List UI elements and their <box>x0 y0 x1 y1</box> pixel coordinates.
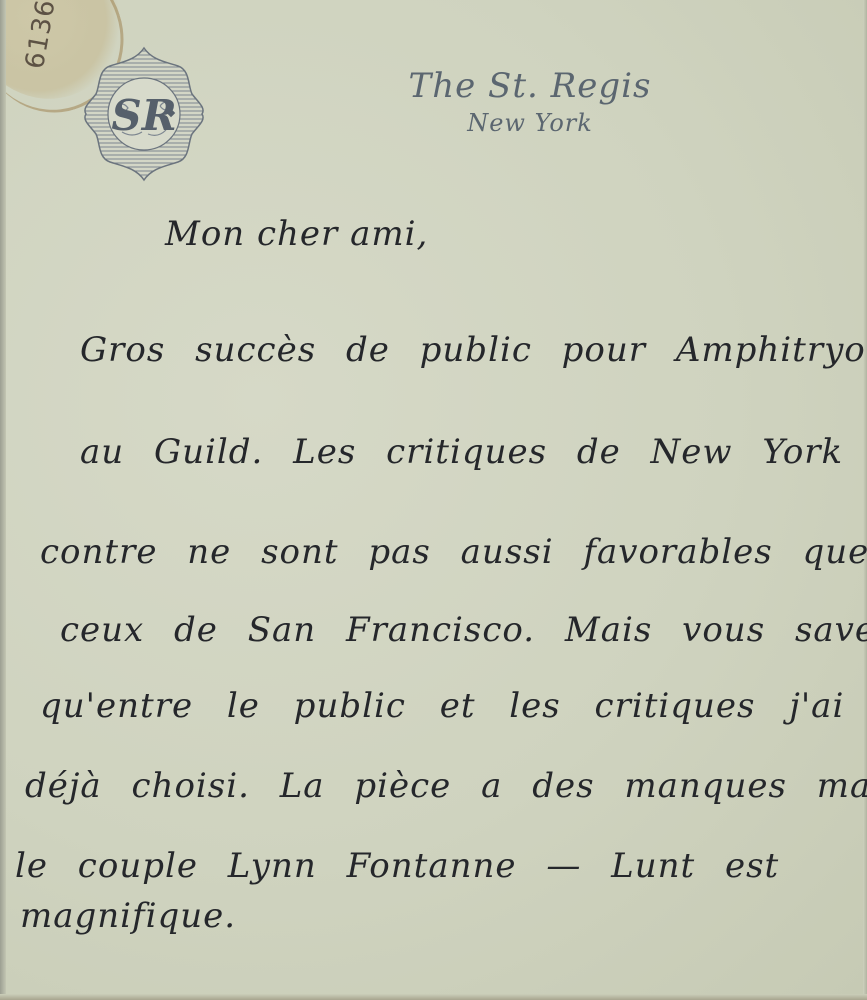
svg-text:SR: SR <box>111 91 176 140</box>
st-regis-crest-icon: SR <box>82 46 206 182</box>
page-right-edge <box>863 0 867 1000</box>
letterhead: The St. Regis New York <box>380 66 680 138</box>
page-bottom-edge <box>0 994 867 1000</box>
salutation: Mon cher ami, <box>165 214 428 254</box>
page-left-edge <box>0 0 6 1000</box>
body-line: Gros succès de public pour Amphitryon <box>80 330 867 370</box>
body-line: ceux de San Francisco. Mais vous savez <box>60 610 867 650</box>
body-line: le couple Lynn Fontanne — Lunt est <box>15 846 779 886</box>
body-line: déjà choisi. La pièce a des manques mais <box>25 766 867 806</box>
body-line: au Guild. Les critiques de New York par <box>80 432 867 472</box>
letter-page: 6136 SR The St. Regis New York Mon cher … <box>0 0 867 1000</box>
letterhead-subtitle: New York <box>380 108 680 138</box>
body-line: contre ne sont pas aussi favorables que <box>40 532 867 572</box>
letterhead-title: The St. Regis <box>380 66 680 106</box>
body-line: magnifique. <box>20 896 236 936</box>
body-line: qu'entre le public et les critiques j'ai <box>40 686 844 726</box>
